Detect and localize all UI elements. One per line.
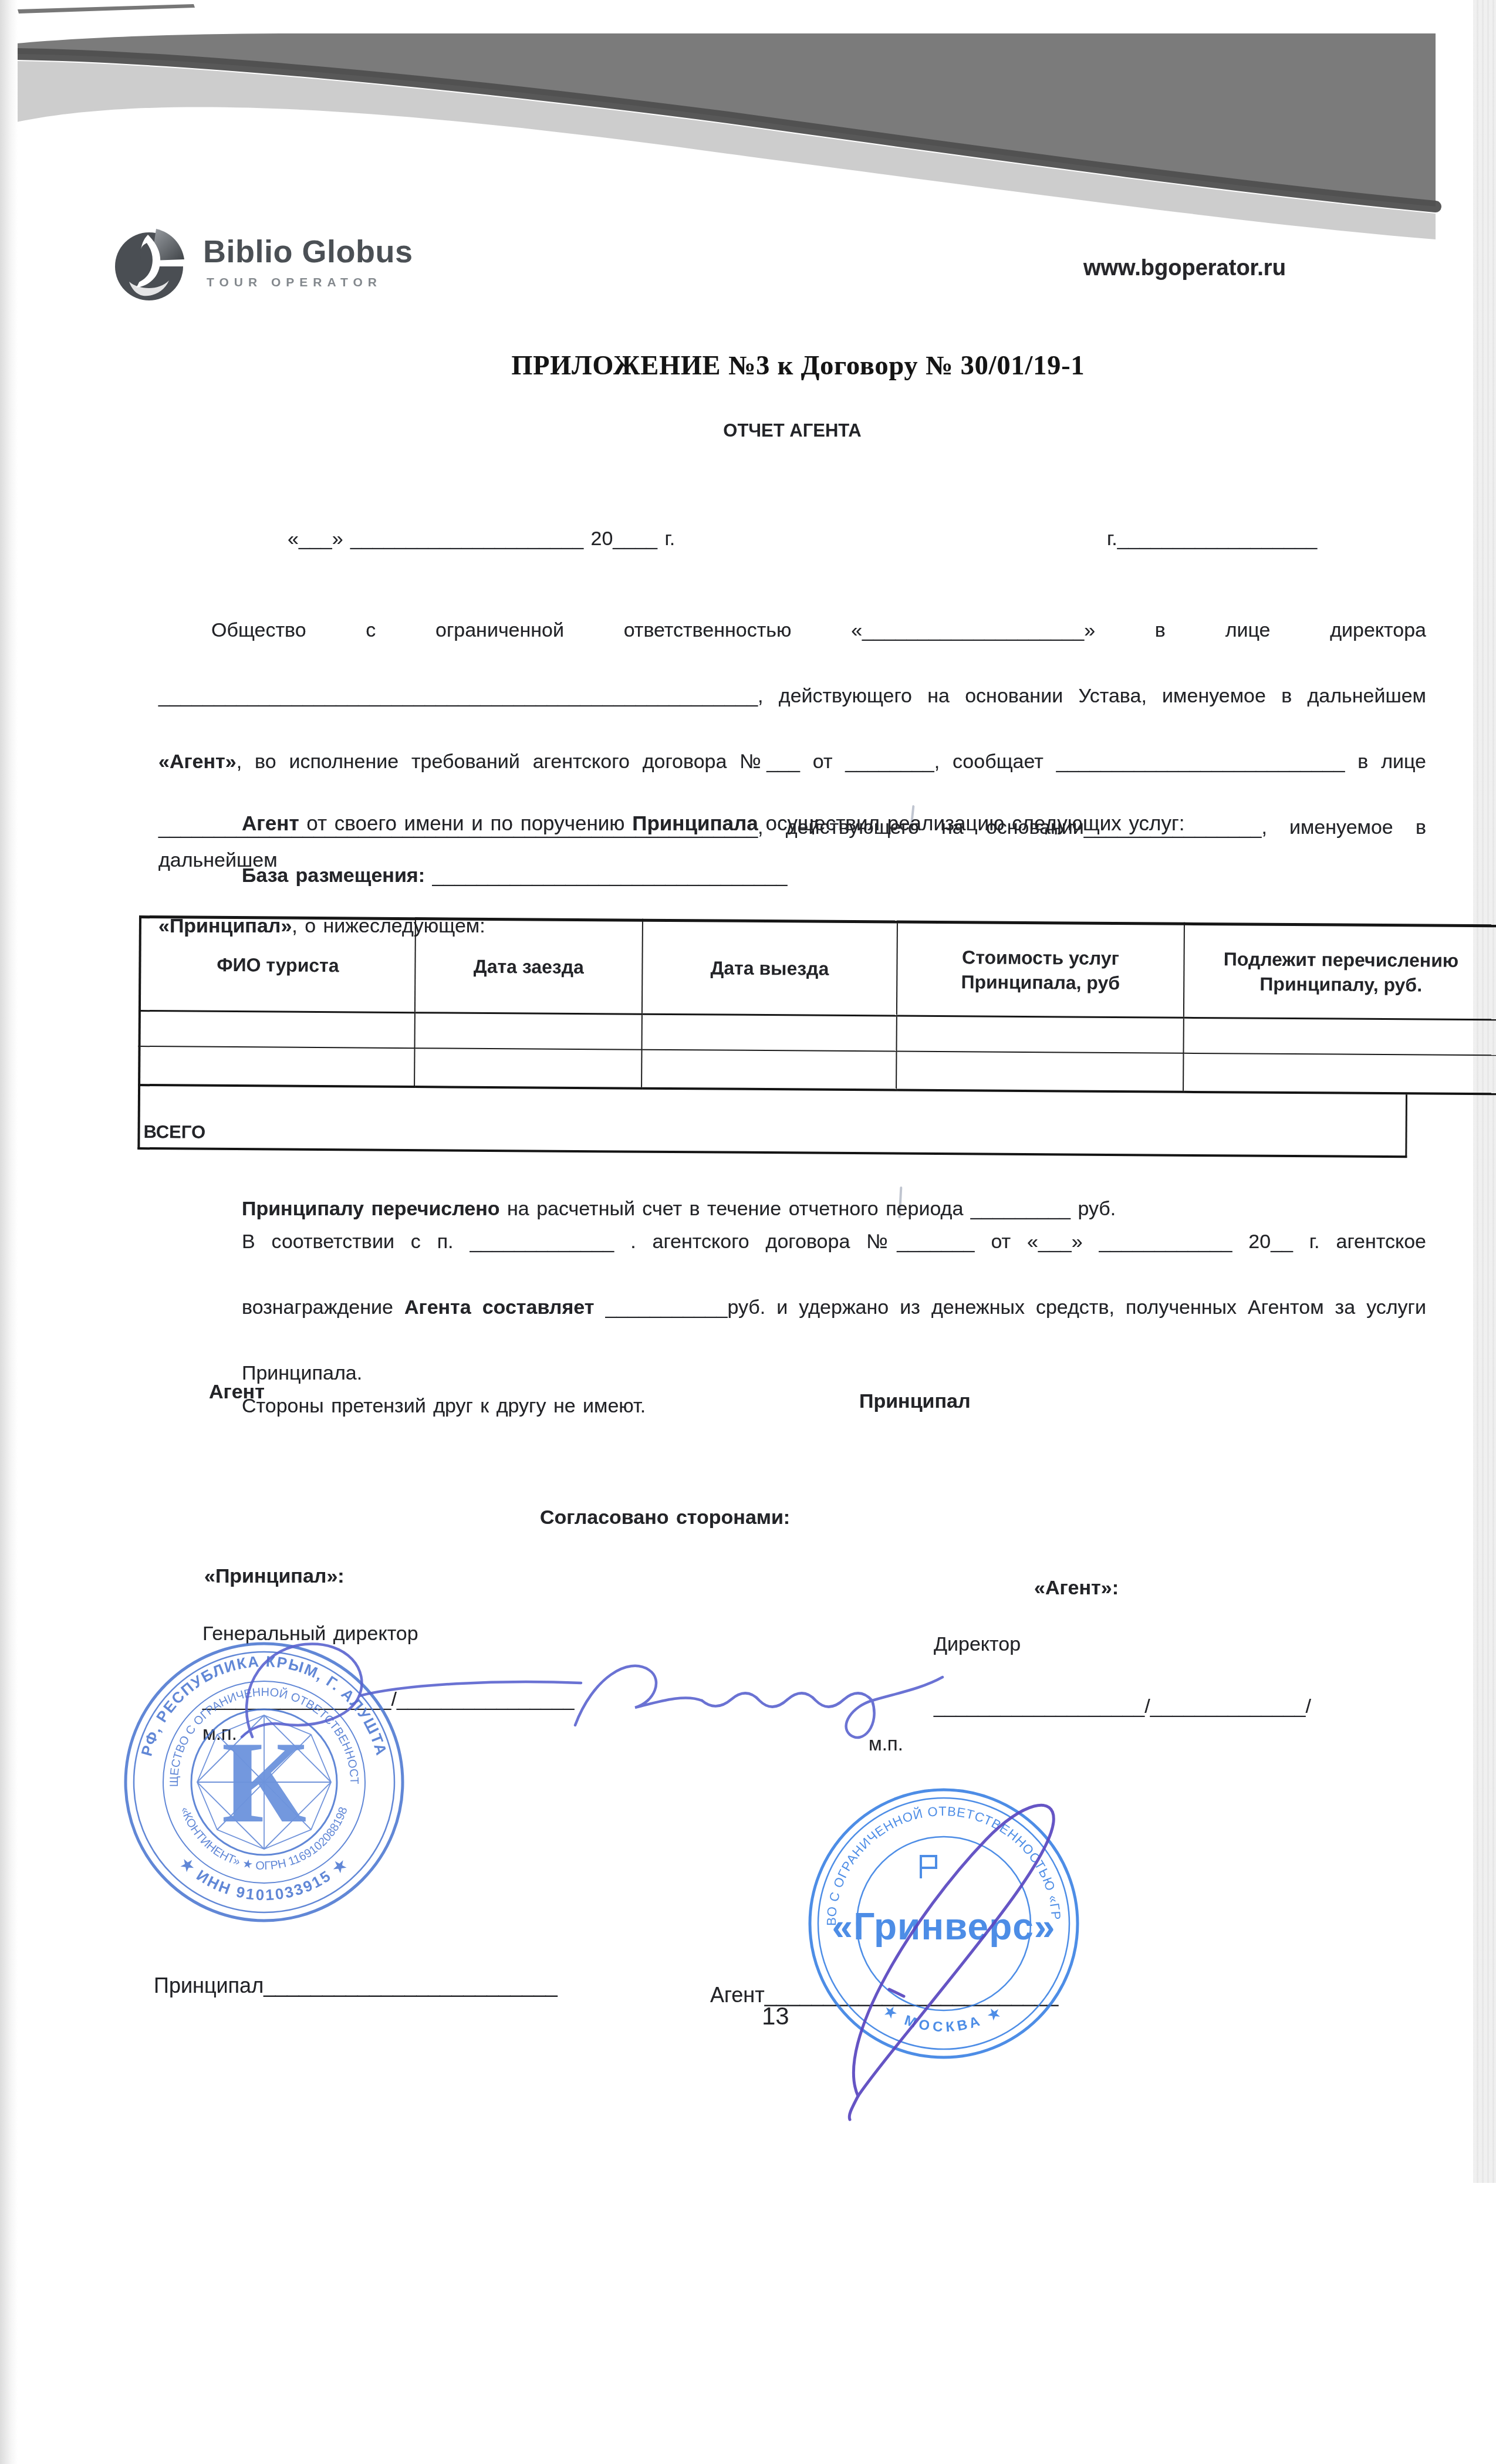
- total-label: ВСЕГО: [143, 1121, 205, 1143]
- agreed-by-parties: Согласовано сторонами:: [540, 1501, 790, 1534]
- settlement-text: ___________руб. и удержано из денежных с…: [594, 1296, 1426, 1319]
- cell: [896, 1016, 1183, 1053]
- intro-line: Общество с ограниченной ответственностью…: [158, 614, 1426, 680]
- intro-line: «Агент», во исполнение требований агентс…: [158, 745, 1426, 811]
- accommodation-label: База размещения:: [242, 864, 425, 887]
- document-title: ПРИЛОЖЕНИЕ №3 к Договору № 30/01/19-1: [487, 350, 1109, 381]
- transferred-bold: Принципалу перечислено: [242, 1198, 500, 1220]
- cell: [641, 1049, 896, 1090]
- bottom-principal-line: Принципал_________________________: [154, 1969, 558, 2002]
- cell: [1183, 1018, 1496, 1055]
- agent-term: «Агент»: [158, 751, 237, 773]
- bottom-principal-blank: _________________________: [264, 1973, 558, 1997]
- col-transfer-due: Подлежит перечислению Принципалу, руб.: [1184, 924, 1496, 1020]
- agent-handwritten-signature: [819, 1778, 1089, 2130]
- intro-line: ________________________________________…: [158, 680, 1426, 745]
- website-url: www.bgoperator.ru: [1083, 256, 1286, 281]
- scanned-agent-report-page: Biblio Globus TOUR OPERATOR www.bgoperat…: [0, 0, 1496, 2464]
- scan-left-edge: [0, 0, 18, 2464]
- logo-tagline: TOUR OPERATOR: [207, 276, 382, 290]
- agent-role-label: Агент: [209, 1375, 265, 1408]
- principal-role-label: Принципал: [859, 1385, 971, 1418]
- settlement-text: на расчетный счет в течение отчетного пе…: [500, 1198, 1116, 1220]
- principal-handwritten-signature: [194, 1614, 992, 1772]
- principal-heading: «Принципал»:: [204, 1560, 345, 1593]
- page-number: 13: [762, 2002, 789, 2030]
- agent-fee-bold: Агента составляет: [404, 1296, 594, 1319]
- settlement-line: Принципала.: [242, 1357, 1426, 1390]
- col-checkout-date: Дата выезда: [642, 920, 897, 1016]
- date-blank-left: «___» _____________________ 20____ г.: [288, 522, 675, 555]
- logo-wordmark: Biblio Globus: [203, 234, 413, 270]
- no-claims-line: Стороны претензий друг к другу не имеют.: [242, 1390, 1426, 1422]
- cell: [415, 1013, 642, 1050]
- cell: [1183, 1053, 1496, 1094]
- settlement-line: вознаграждение Агента составляет _______…: [242, 1291, 1426, 1357]
- document-subtitle: ОТЧЕТ АГЕНТА: [646, 420, 939, 441]
- table-header-row: ФИО туриста Дата заезда Дата выезда Стои…: [140, 917, 1496, 1020]
- table-row: [139, 1046, 1496, 1094]
- cell: [140, 1011, 415, 1048]
- intro-paragraph: Общество с ограниченной ответственностью…: [158, 614, 1426, 942]
- col-service-cost: Стоимость услуг Принципала, руб: [897, 922, 1184, 1018]
- city-blank-right: г.__________________: [1107, 522, 1317, 555]
- services-sentence: Агент от своего имени и по поручению При…: [242, 807, 1185, 840]
- tourists-table: ФИО туриста Дата заезда Дата выезда Стои…: [138, 915, 1496, 1095]
- agent-heading: «Агент»:: [1034, 1571, 1119, 1604]
- col-checkin-date: Дата заезда: [415, 919, 643, 1015]
- cell: [414, 1048, 641, 1089]
- col-tourist-name: ФИО туриста: [140, 917, 416, 1013]
- accommodation-blank: ________________________________: [425, 864, 788, 887]
- agent-word: Агент: [242, 812, 299, 835]
- letterhead-wave-graphic: [0, 0, 1496, 252]
- tourists-table-wrap: ФИО туриста Дата заезда Дата выезда Стои…: [137, 915, 1409, 1158]
- settlement-paragraph: Принципалу перечислено на расчетный счет…: [242, 1192, 1426, 1422]
- settlement-line: В соответствии с п. _____________ . аген…: [242, 1225, 1426, 1291]
- services-text: от своего имени и по поручению: [299, 812, 633, 835]
- principal-word: Принципала: [632, 812, 758, 835]
- cell: [642, 1014, 897, 1051]
- accommodation-line: База размещения: _______________________…: [242, 859, 788, 892]
- settlement-text: вознаграждение: [242, 1296, 404, 1319]
- biblio-globus-logo-icon: [113, 225, 190, 303]
- bottom-principal-label: Принципал: [154, 1973, 264, 1997]
- cell: [139, 1046, 414, 1087]
- settlement-line: Принципалу перечислено на расчетный счет…: [242, 1192, 1426, 1225]
- cell: [896, 1051, 1183, 1091]
- bottom-agent-label: Агент: [710, 1983, 765, 2007]
- intro-line-text: , во исполнение требований агентского до…: [237, 751, 1426, 773]
- table-total-row: ВСЕГО: [137, 1086, 1407, 1157]
- services-text: осуществил реализацию следующих услуг:: [758, 812, 1185, 835]
